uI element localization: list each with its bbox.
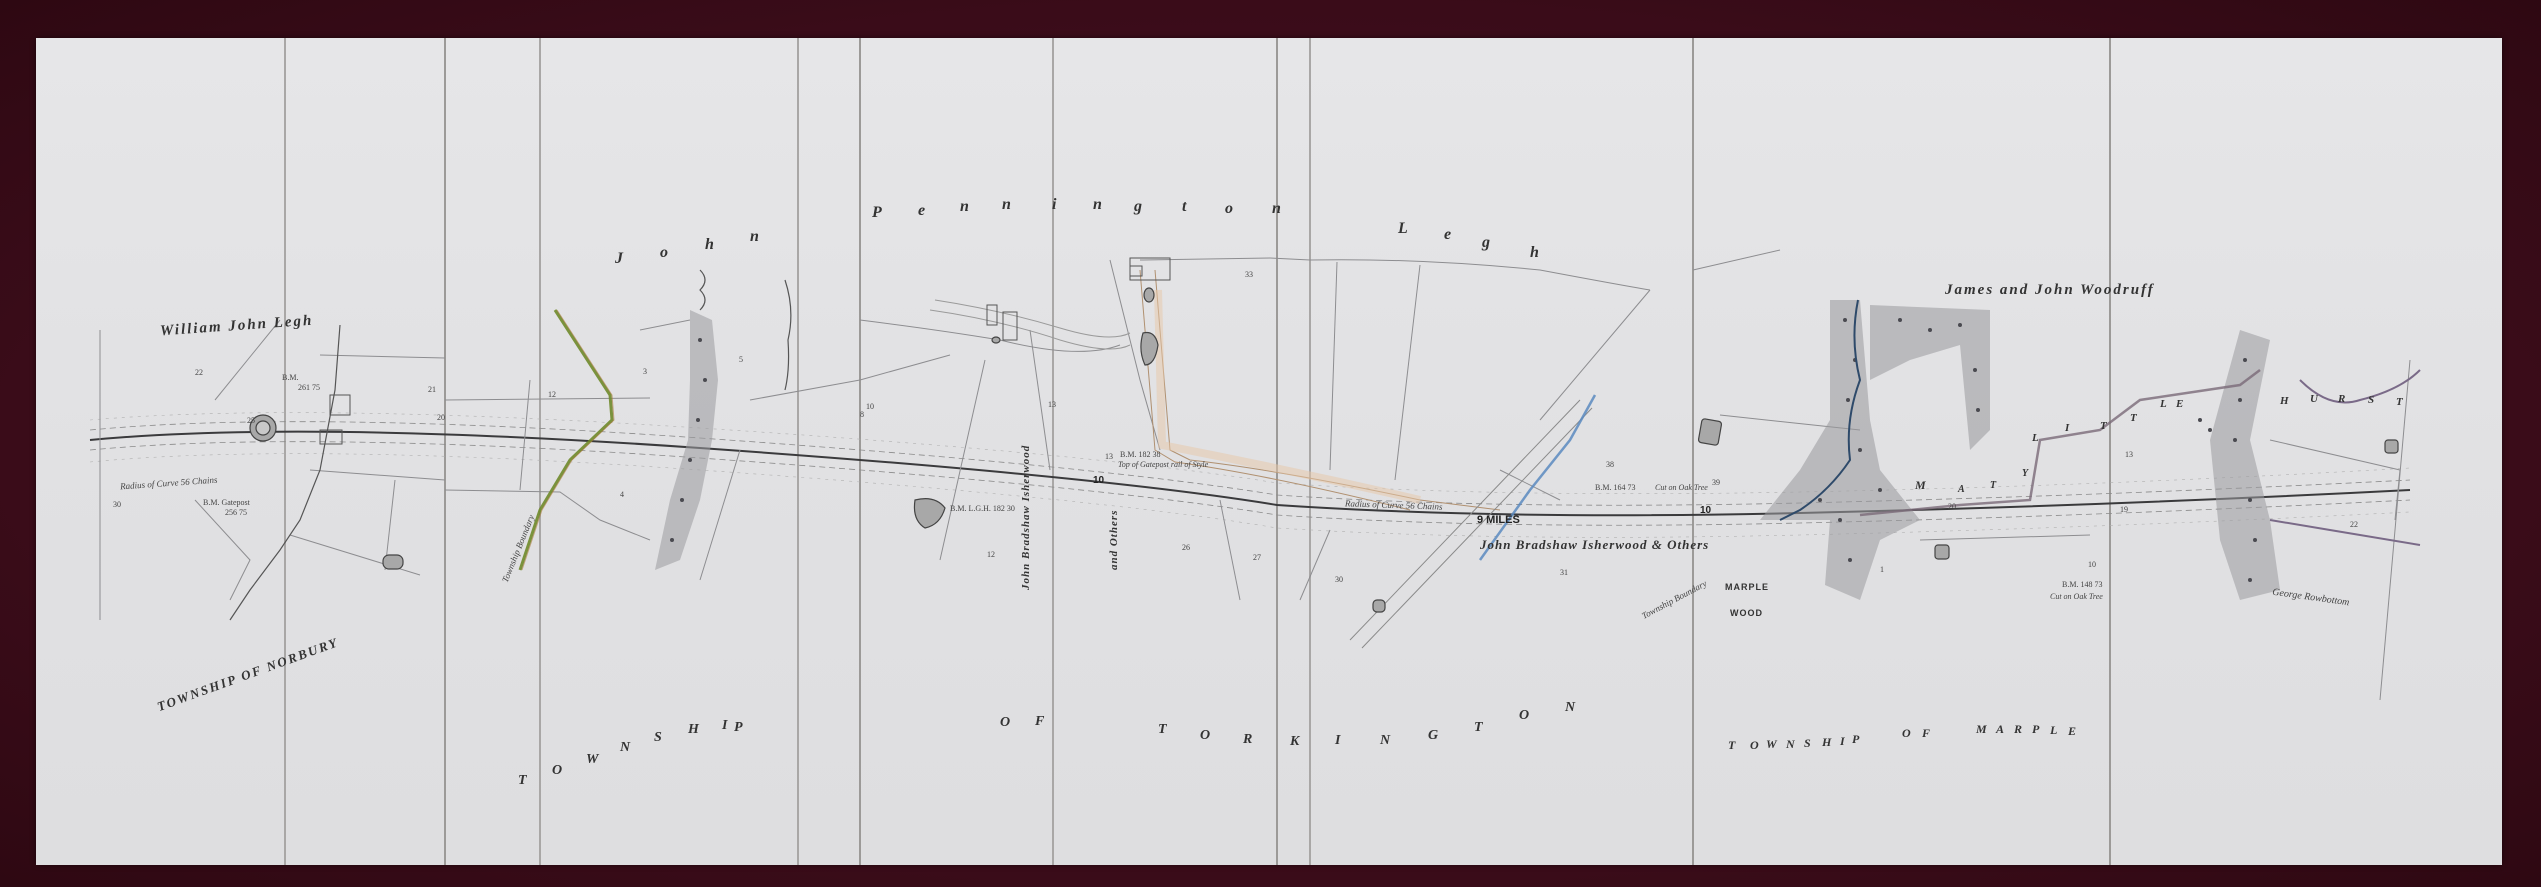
- woodland: [655, 300, 2280, 600]
- railway-line: [90, 413, 2410, 538]
- canal: [1480, 395, 1595, 560]
- roads: [930, 270, 1592, 648]
- map-linework: [0, 0, 2541, 887]
- parish-boundary: [1860, 370, 2260, 515]
